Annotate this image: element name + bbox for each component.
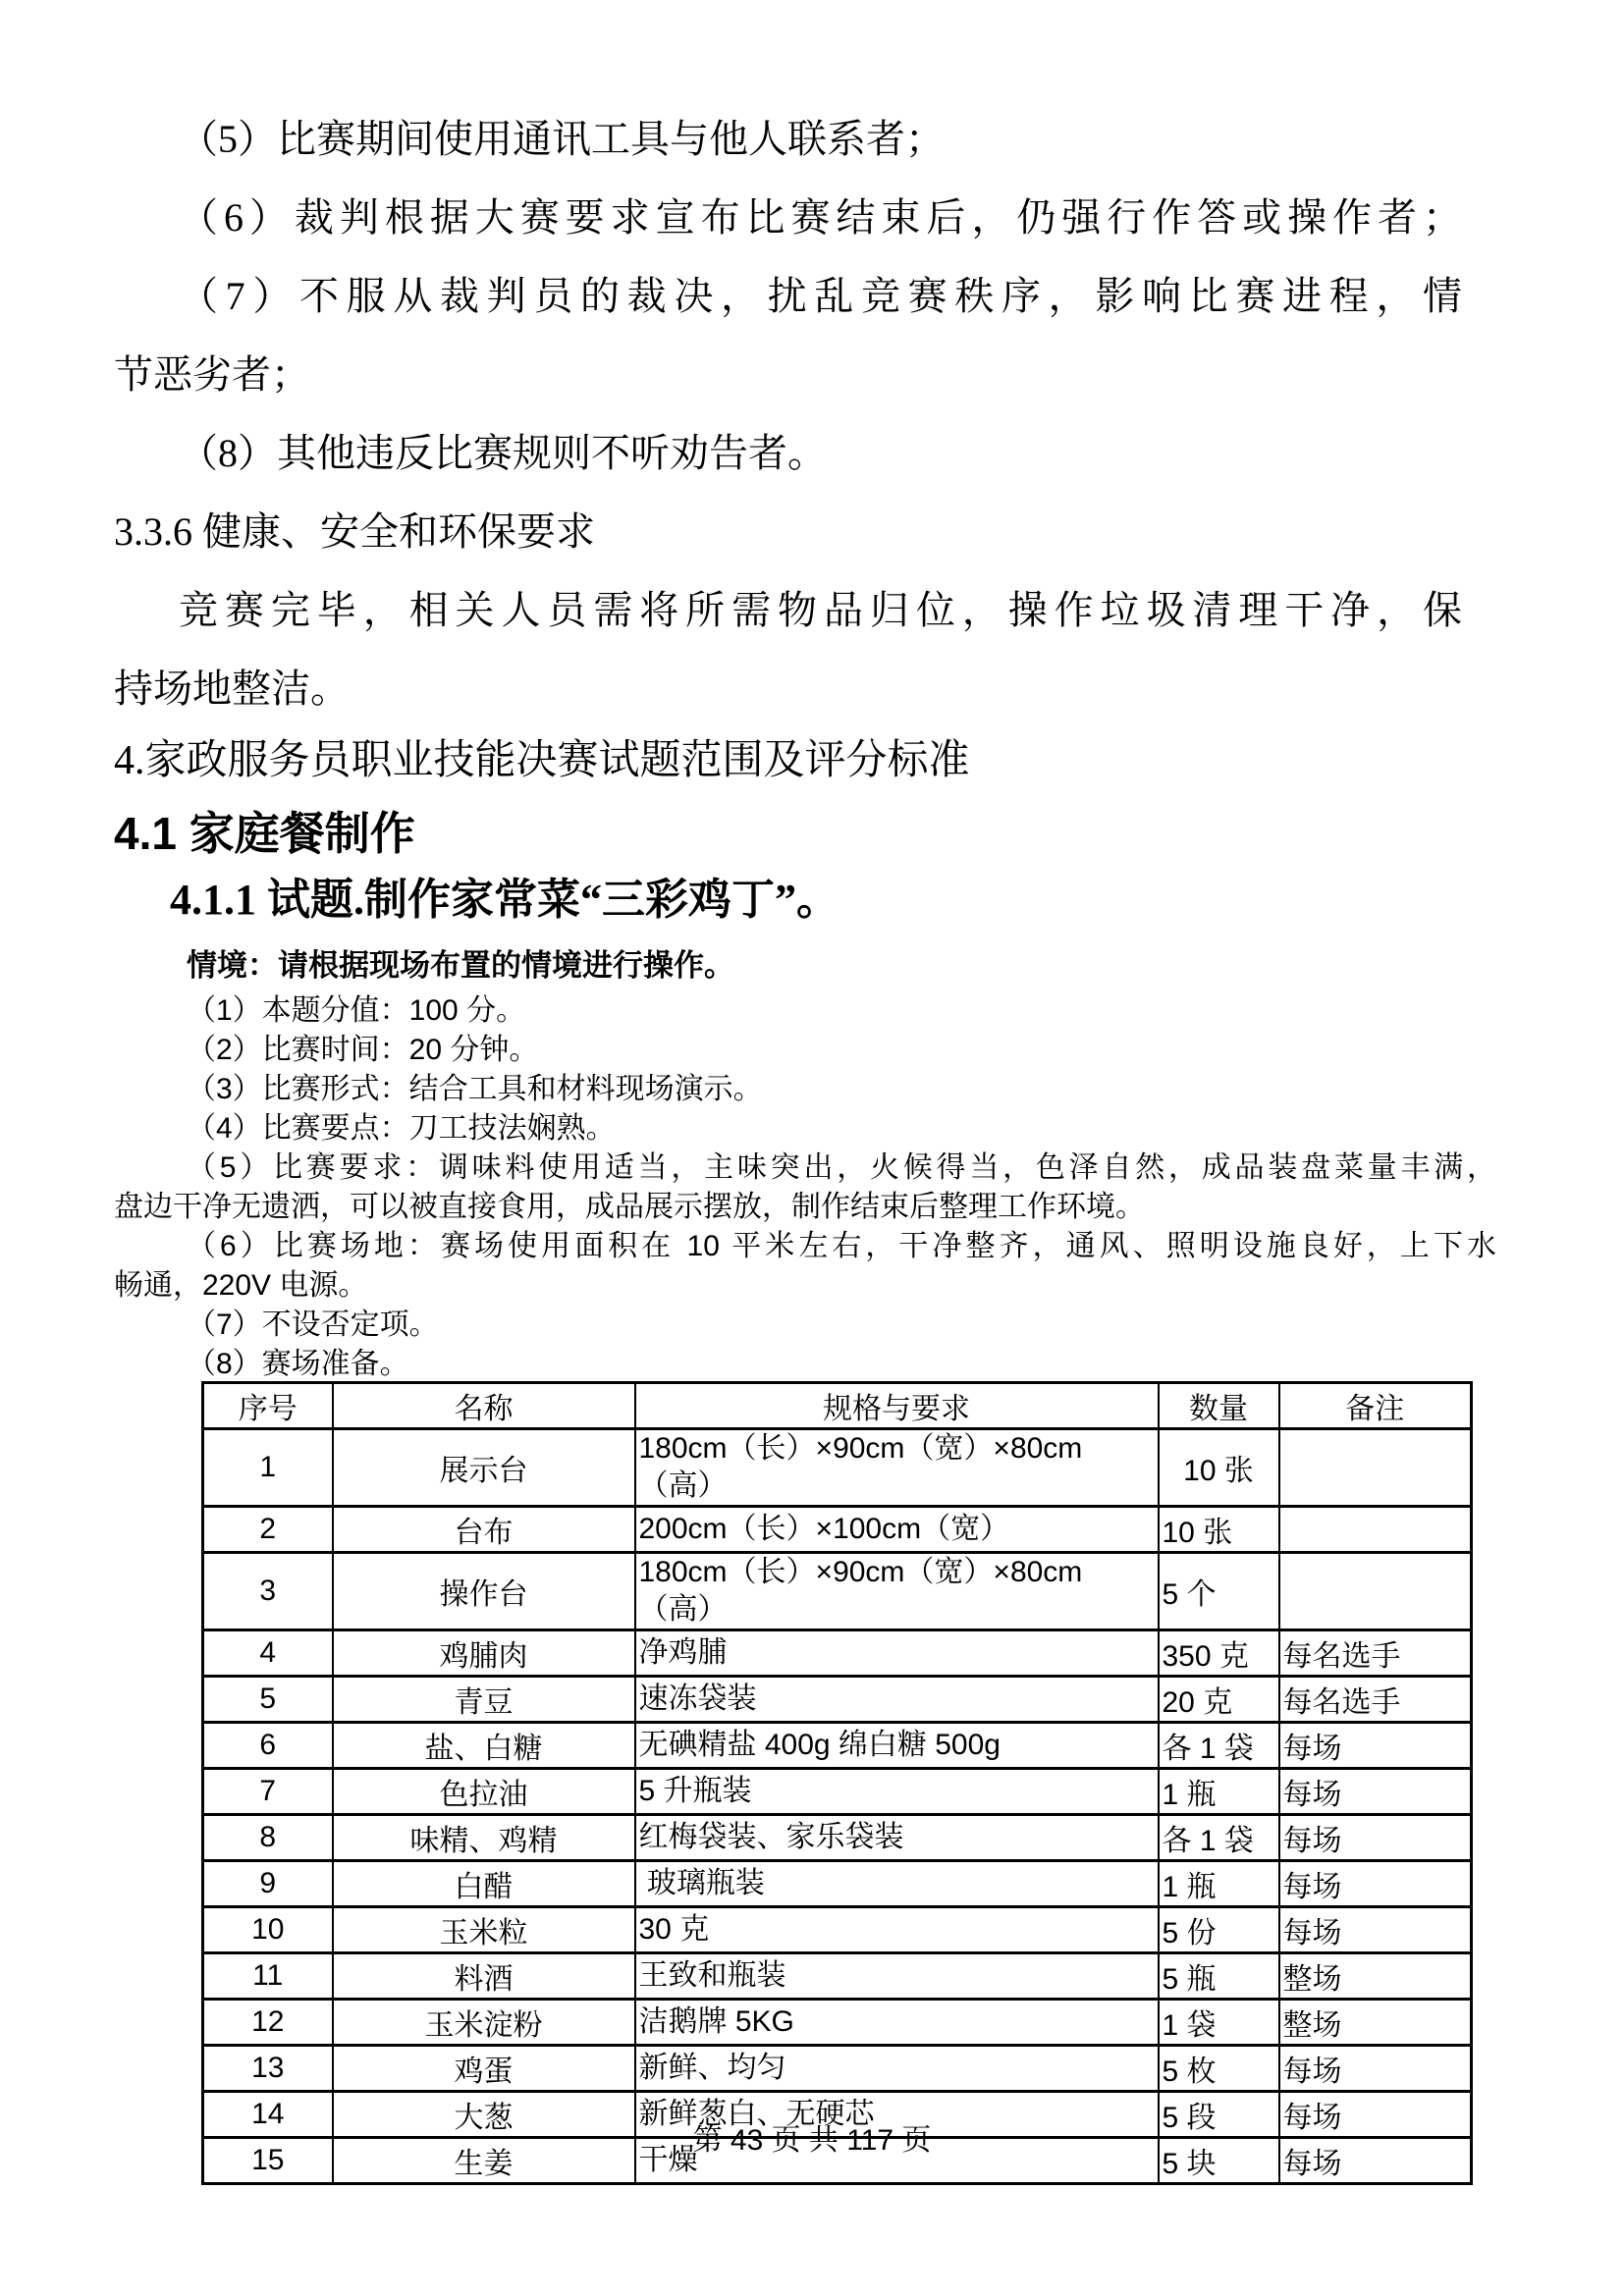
cell-note: 整场 bbox=[1279, 2000, 1472, 2046]
table-row: 4 鸡脯肉 净鸡脯 350 克 每名选手 bbox=[203, 1630, 1472, 1677]
cell-qty: 各 1 袋 bbox=[1159, 1815, 1279, 1861]
cell-no: 1 bbox=[203, 1429, 333, 1507]
page-number: 第 43 页 共 117 页 bbox=[0, 2120, 1624, 2162]
prep-table: 序号 名称 规格与要求 数量 备注 1 展示台 180cm（长）×90cm（宽）… bbox=[201, 1381, 1473, 2185]
cell-note bbox=[1279, 1553, 1472, 1630]
table-row: 5 青豆 速冻袋装 20 克 每名选手 bbox=[203, 1677, 1472, 1723]
cell-qty: 1 袋 bbox=[1159, 2000, 1279, 2046]
table-row: 3 操作台 180cm（长）×90cm（宽）×80cm （高） 5 个 bbox=[203, 1553, 1472, 1630]
detail-line: （6）比赛场地：赛场使用面积在 10 平米左右，干净整齐，通风、照明设施良好，上… bbox=[114, 1227, 1496, 1266]
cell-no: 10 bbox=[203, 1907, 333, 1953]
cell-spec: 5 升瓶装 bbox=[635, 1769, 1159, 1815]
cell-name: 白醋 bbox=[333, 1861, 635, 1907]
cell-note: 每场 bbox=[1279, 1861, 1472, 1907]
cell-name: 青豆 bbox=[333, 1677, 635, 1723]
table-row: 2 台布 200cm（长）×100cm（宽） 10 张 bbox=[203, 1507, 1472, 1553]
cell-no: 4 bbox=[203, 1630, 333, 1677]
detail-line: （2）比赛时间：20 分钟。 bbox=[114, 1031, 1496, 1070]
cell-qty: 10 张 bbox=[1159, 1507, 1279, 1553]
table-row: 13 鸡蛋 新鲜、均匀 5 枚 每场 bbox=[203, 2046, 1472, 2092]
cell-qty: 5 瓶 bbox=[1159, 1953, 1279, 2000]
scenario-line: 情境：请根据现场布置的情境进行操作。 bbox=[187, 944, 734, 988]
cell-spec: 200cm（长）×100cm（宽） bbox=[635, 1507, 1159, 1553]
cell-qty: 各 1 袋 bbox=[1159, 1723, 1279, 1769]
cell-qty: 350 克 bbox=[1159, 1630, 1279, 1677]
cell-name: 味精、鸡精 bbox=[333, 1815, 635, 1861]
section-heading-411: 4.1.1 试题.制作家常菜“三彩鸡丁”。 bbox=[170, 871, 839, 930]
cell-spec: 180cm（长）×90cm（宽）×80cm（高） bbox=[635, 1429, 1159, 1507]
cell-no: 8 bbox=[203, 1815, 333, 1861]
table-header-cell: 名称 bbox=[333, 1383, 635, 1429]
cell-spec: 红梅袋装、家乐袋装 bbox=[635, 1815, 1159, 1861]
cell-name: 鸡脯肉 bbox=[333, 1630, 635, 1677]
cell-note: 每场 bbox=[1279, 1769, 1472, 1815]
cell-spec: 净鸡脯 bbox=[635, 1630, 1159, 1677]
detail-line: 畅通，220V 电源。 bbox=[114, 1266, 1496, 1306]
body-paragraphs: （5）比赛期间使用通讯工具与他人联系者； （6）裁判根据大赛要求宣布比赛结束后，… bbox=[114, 100, 1462, 728]
cell-no: 12 bbox=[203, 2000, 333, 2046]
cell-name: 操作台 bbox=[333, 1553, 635, 1630]
table-header-cell: 数量 bbox=[1159, 1383, 1279, 1429]
paragraph-line: （8）其他违反比赛规则不听劝告者。 bbox=[114, 414, 1462, 493]
cell-qty: 10 张 bbox=[1159, 1429, 1279, 1507]
detail-line: （8）赛场准备。 bbox=[114, 1345, 1496, 1384]
cell-qty: 20 克 bbox=[1159, 1677, 1279, 1723]
table-header-cell: 序号 bbox=[203, 1383, 333, 1429]
table-header-cell: 规格与要求 bbox=[635, 1383, 1159, 1429]
cell-name: 台布 bbox=[333, 1507, 635, 1553]
cell-no: 7 bbox=[203, 1769, 333, 1815]
table-row: 6 盐、白糖 无碘精盐 400g 绵白糖 500g 各 1 袋 每场 bbox=[203, 1723, 1472, 1769]
cell-spec: 新鲜、均匀 bbox=[635, 2046, 1159, 2092]
detail-line: （5）比赛要求：调味料使用适当，主味突出，火候得当，色泽自然，成品装盘菜量丰满， bbox=[114, 1148, 1496, 1188]
cell-no: 13 bbox=[203, 2046, 333, 2092]
paragraph-line: 节恶劣者； bbox=[114, 336, 1462, 414]
cell-name: 色拉油 bbox=[333, 1769, 635, 1815]
detail-line: （4）比赛要点：刀工技法娴熟。 bbox=[114, 1109, 1496, 1148]
section-heading-336: 3.3.6 健康、安全和环保要求 bbox=[114, 493, 1462, 571]
cell-note: 每名选手 bbox=[1279, 1677, 1472, 1723]
cell-qty: 5 个 bbox=[1159, 1553, 1279, 1630]
cell-name: 鸡蛋 bbox=[333, 2046, 635, 2092]
cell-spec: 王致和瓶装 bbox=[635, 1953, 1159, 2000]
detail-line: （7）不设否定项。 bbox=[114, 1306, 1496, 1345]
cell-note: 每场 bbox=[1279, 1723, 1472, 1769]
paragraph-line: （6）裁判根据大赛要求宣布比赛结束后，仍强行作答或操作者； bbox=[114, 179, 1462, 257]
cell-no: 5 bbox=[203, 1677, 333, 1723]
table-header-row: 序号 名称 规格与要求 数量 备注 bbox=[203, 1383, 1472, 1429]
cell-spec: 无碘精盐 400g 绵白糖 500g bbox=[635, 1723, 1159, 1769]
cell-qty: 1 瓶 bbox=[1159, 1769, 1279, 1815]
table-row: 7 色拉油 5 升瓶装 1 瓶 每场 bbox=[203, 1769, 1472, 1815]
table-row: 10 玉米粒 30 克 5 份 每场 bbox=[203, 1907, 1472, 1953]
paragraph-line: （5）比赛期间使用通讯工具与他人联系者； bbox=[114, 100, 1462, 179]
cell-note bbox=[1279, 1429, 1472, 1507]
table-row: 9 白醋 玻璃瓶装 1 瓶 每场 bbox=[203, 1861, 1472, 1907]
paragraph-line: （7）不服从裁判员的裁决，扰乱竞赛秩序，影响比赛进程，情 bbox=[114, 257, 1462, 336]
cell-spec: 速冻袋装 bbox=[635, 1677, 1159, 1723]
cell-note: 每场 bbox=[1279, 1815, 1472, 1861]
cell-name: 展示台 bbox=[333, 1429, 635, 1507]
cell-spec: 180cm（长）×90cm（宽）×80cm （高） bbox=[635, 1553, 1159, 1630]
cell-note: 整场 bbox=[1279, 1953, 1472, 2000]
cell-note bbox=[1279, 1507, 1472, 1553]
detail-line: （3）比赛形式：结合工具和材料现场演示。 bbox=[114, 1070, 1496, 1109]
cell-no: 9 bbox=[203, 1861, 333, 1907]
table-row: 12 玉米淀粉 洁鹅牌 5KG 1 袋 整场 bbox=[203, 2000, 1472, 2046]
cell-name: 玉米淀粉 bbox=[333, 2000, 635, 2046]
cell-spec: 洁鹅牌 5KG bbox=[635, 2000, 1159, 2046]
cell-qty: 5 枚 bbox=[1159, 2046, 1279, 2092]
paragraph-line: 竞赛完毕，相关人员需将所需物品归位，操作垃圾清理干净，保 bbox=[114, 571, 1462, 650]
section-heading-41: 4.1 家庭餐制作 bbox=[114, 803, 415, 864]
cell-no: 11 bbox=[203, 1953, 333, 2000]
cell-name: 料酒 bbox=[333, 1953, 635, 2000]
cell-name: 玉米粒 bbox=[333, 1907, 635, 1953]
cell-note: 每名选手 bbox=[1279, 1630, 1472, 1677]
cell-name: 盐、白糖 bbox=[333, 1723, 635, 1769]
table-row: 8 味精、鸡精 红梅袋装、家乐袋装 各 1 袋 每场 bbox=[203, 1815, 1472, 1861]
detail-line: 盘边干净无遗洒，可以被直接食用，成品展示摆放，制作结束后整理工作环境。 bbox=[114, 1188, 1496, 1227]
table-row: 11 料酒 王致和瓶装 5 瓶 整场 bbox=[203, 1953, 1472, 2000]
document-page: { "page": { "body_lines": [ "（5）比赛期间使用通讯… bbox=[0, 0, 1624, 2296]
detail-list: （1）本题分值：100 分。 （2）比赛时间：20 分钟。 （3）比赛形式：结合… bbox=[114, 991, 1496, 1384]
cell-qty: 1 瓶 bbox=[1159, 1861, 1279, 1907]
cell-no: 2 bbox=[203, 1507, 333, 1553]
paragraph-line: 持场地整洁。 bbox=[114, 650, 1462, 728]
cell-no: 6 bbox=[203, 1723, 333, 1769]
section-heading-4: 4.家政服务员职业技能决赛试题范围及评分标准 bbox=[114, 730, 970, 791]
detail-line: （1）本题分值：100 分。 bbox=[114, 991, 1496, 1031]
cell-no: 3 bbox=[203, 1553, 333, 1630]
table-header-cell: 备注 bbox=[1279, 1383, 1472, 1429]
table-row: 1 展示台 180cm（长）×90cm（宽）×80cm（高） 10 张 bbox=[203, 1429, 1472, 1507]
cell-qty: 5 份 bbox=[1159, 1907, 1279, 1953]
cell-note: 每场 bbox=[1279, 1907, 1472, 1953]
cell-spec: 玻璃瓶装 bbox=[635, 1861, 1159, 1907]
cell-spec: 30 克 bbox=[635, 1907, 1159, 1953]
cell-note: 每场 bbox=[1279, 2046, 1472, 2092]
